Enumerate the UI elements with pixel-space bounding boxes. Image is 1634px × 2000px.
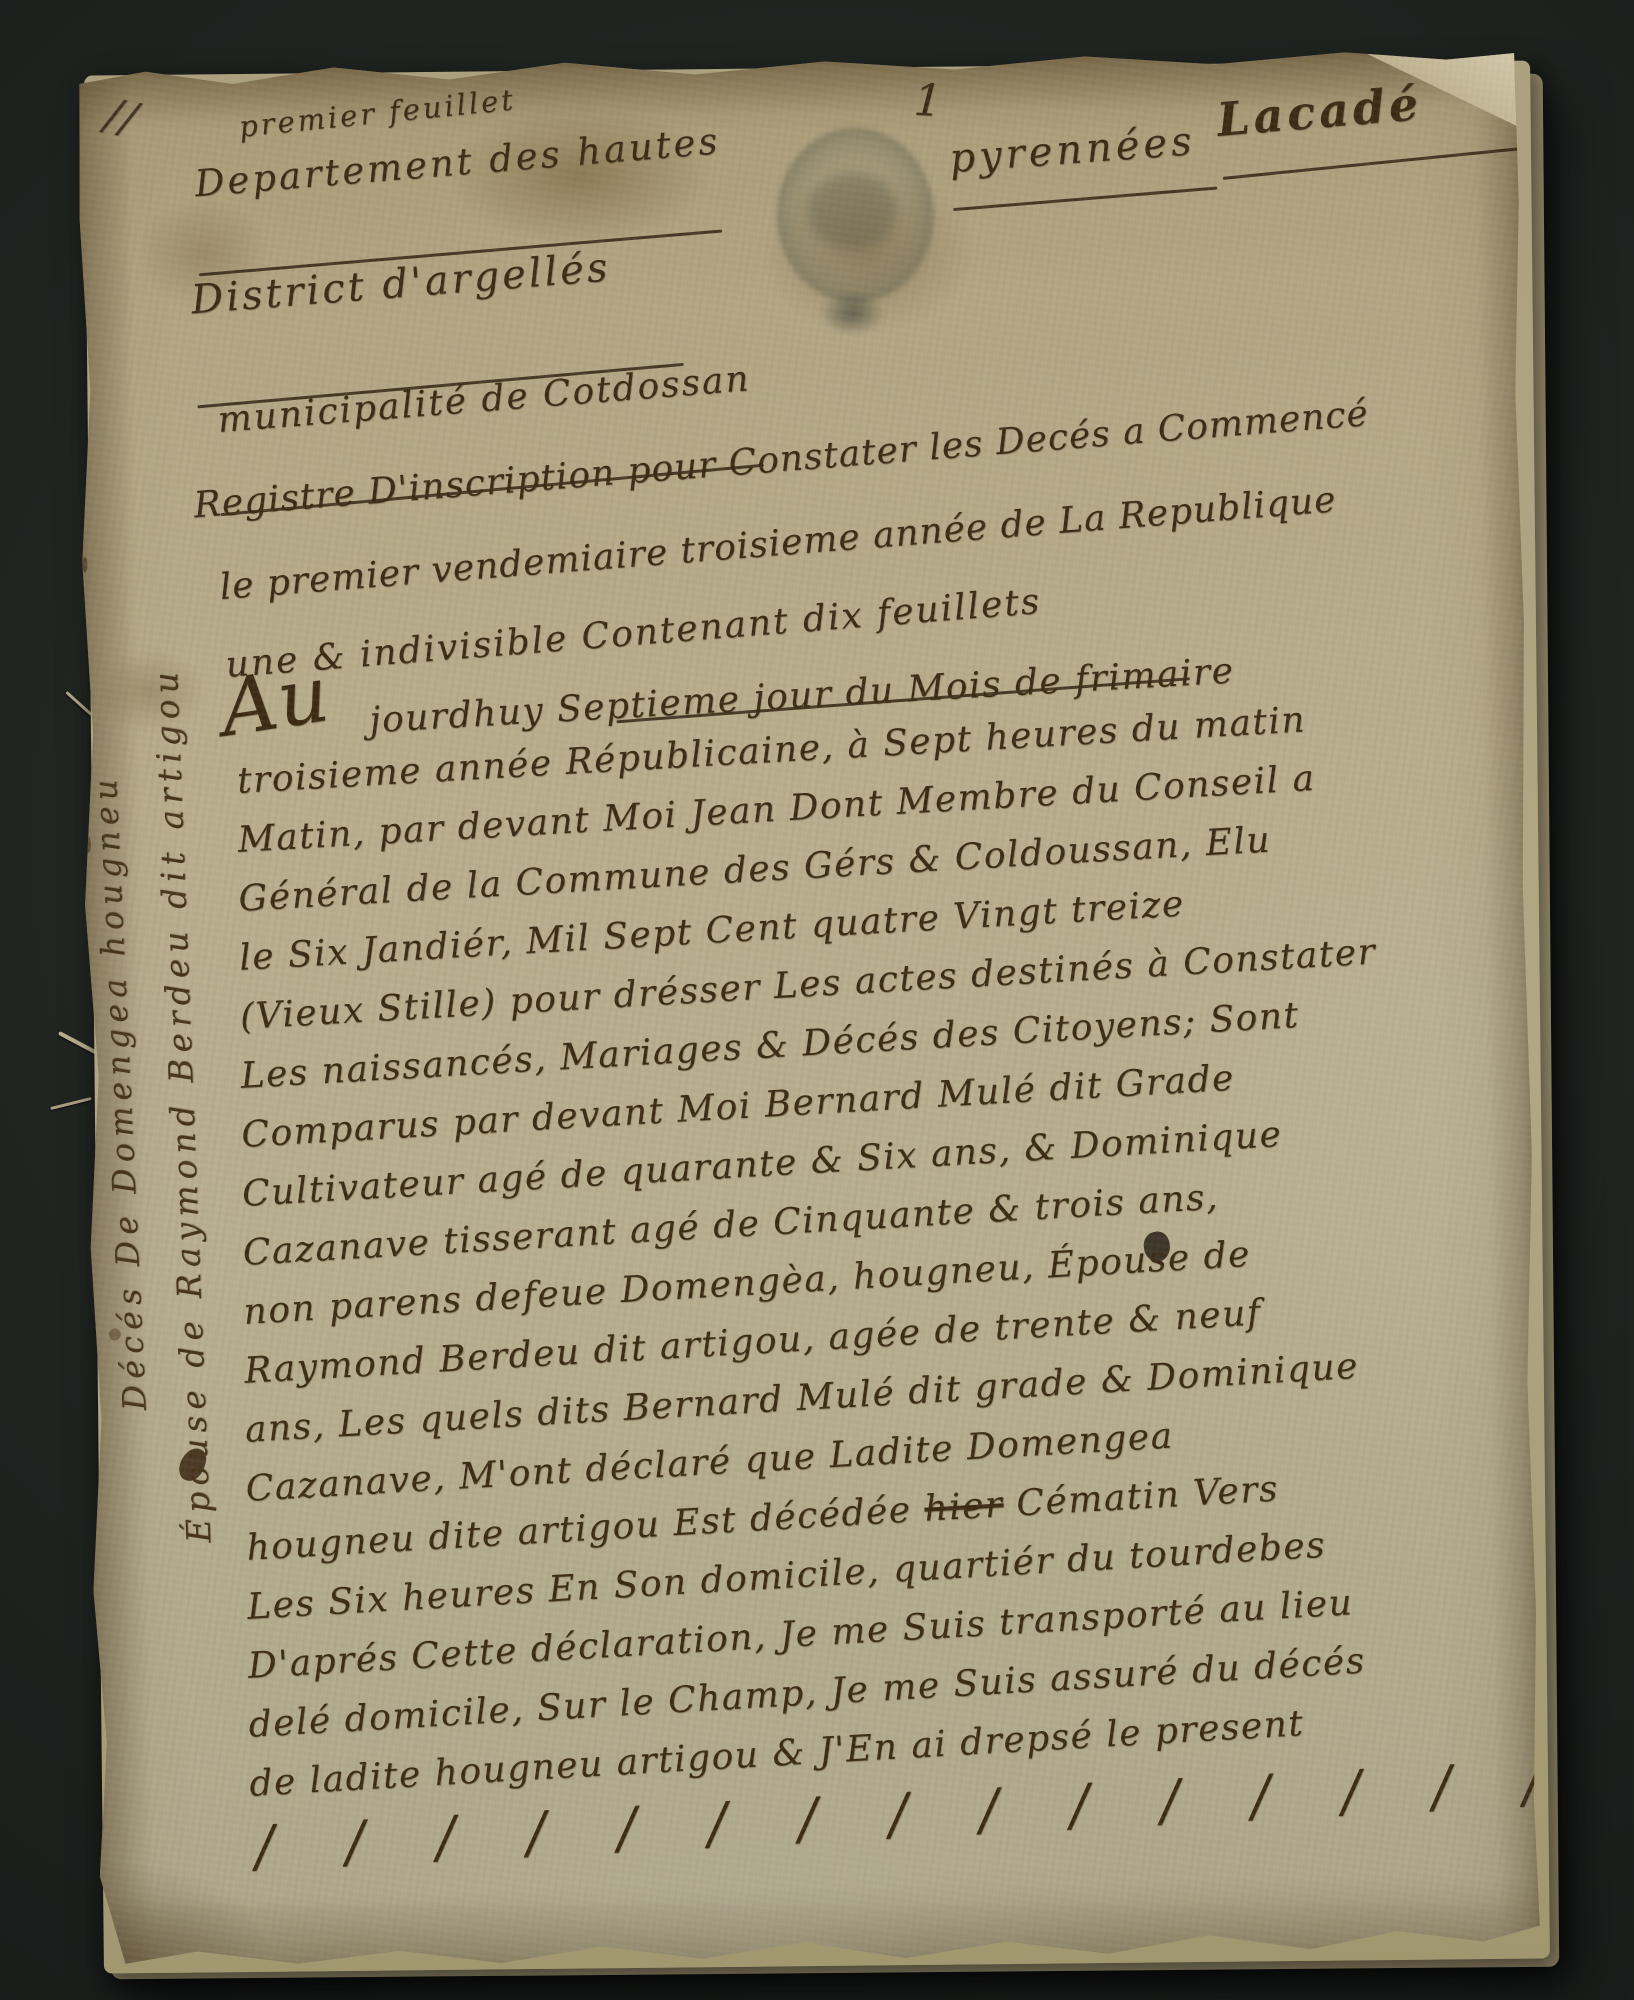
drop-cap-initial: Au — [214, 649, 335, 754]
stamp-smudge — [811, 285, 894, 342]
binding-thread — [50, 1097, 91, 1110]
header-department-suite: pyrennées — [948, 118, 1197, 182]
sheet-label: premier feuillet — [237, 82, 517, 143]
line-text-post: Cématin Vers — [1002, 1468, 1280, 1525]
stamp-ink-blot — [805, 172, 897, 249]
ink-underline — [953, 186, 1217, 211]
binding-stitch — [89, 1117, 94, 1133]
binding-stitch — [79, 277, 84, 293]
page-number: 1 — [912, 75, 944, 128]
binding-stitch — [82, 557, 87, 573]
header-municipality: municipalité de Cotdossan — [216, 358, 752, 441]
binding-thread — [65, 691, 92, 716]
ink-underline — [1223, 147, 1522, 180]
corner-mark: // — [101, 89, 142, 145]
margin-note-line2: Épouse de Raymond Berdeu dit artigou — [146, 666, 219, 1544]
struck-word: hier — [923, 1484, 1004, 1529]
manuscript-page: // premier feuillet 1 Lacadé Departement… — [73, 49, 1541, 1972]
manuscript-photo: // premier feuillet 1 Lacadé Departement… — [0, 0, 1634, 2000]
signature: Lacadé — [1215, 76, 1424, 147]
